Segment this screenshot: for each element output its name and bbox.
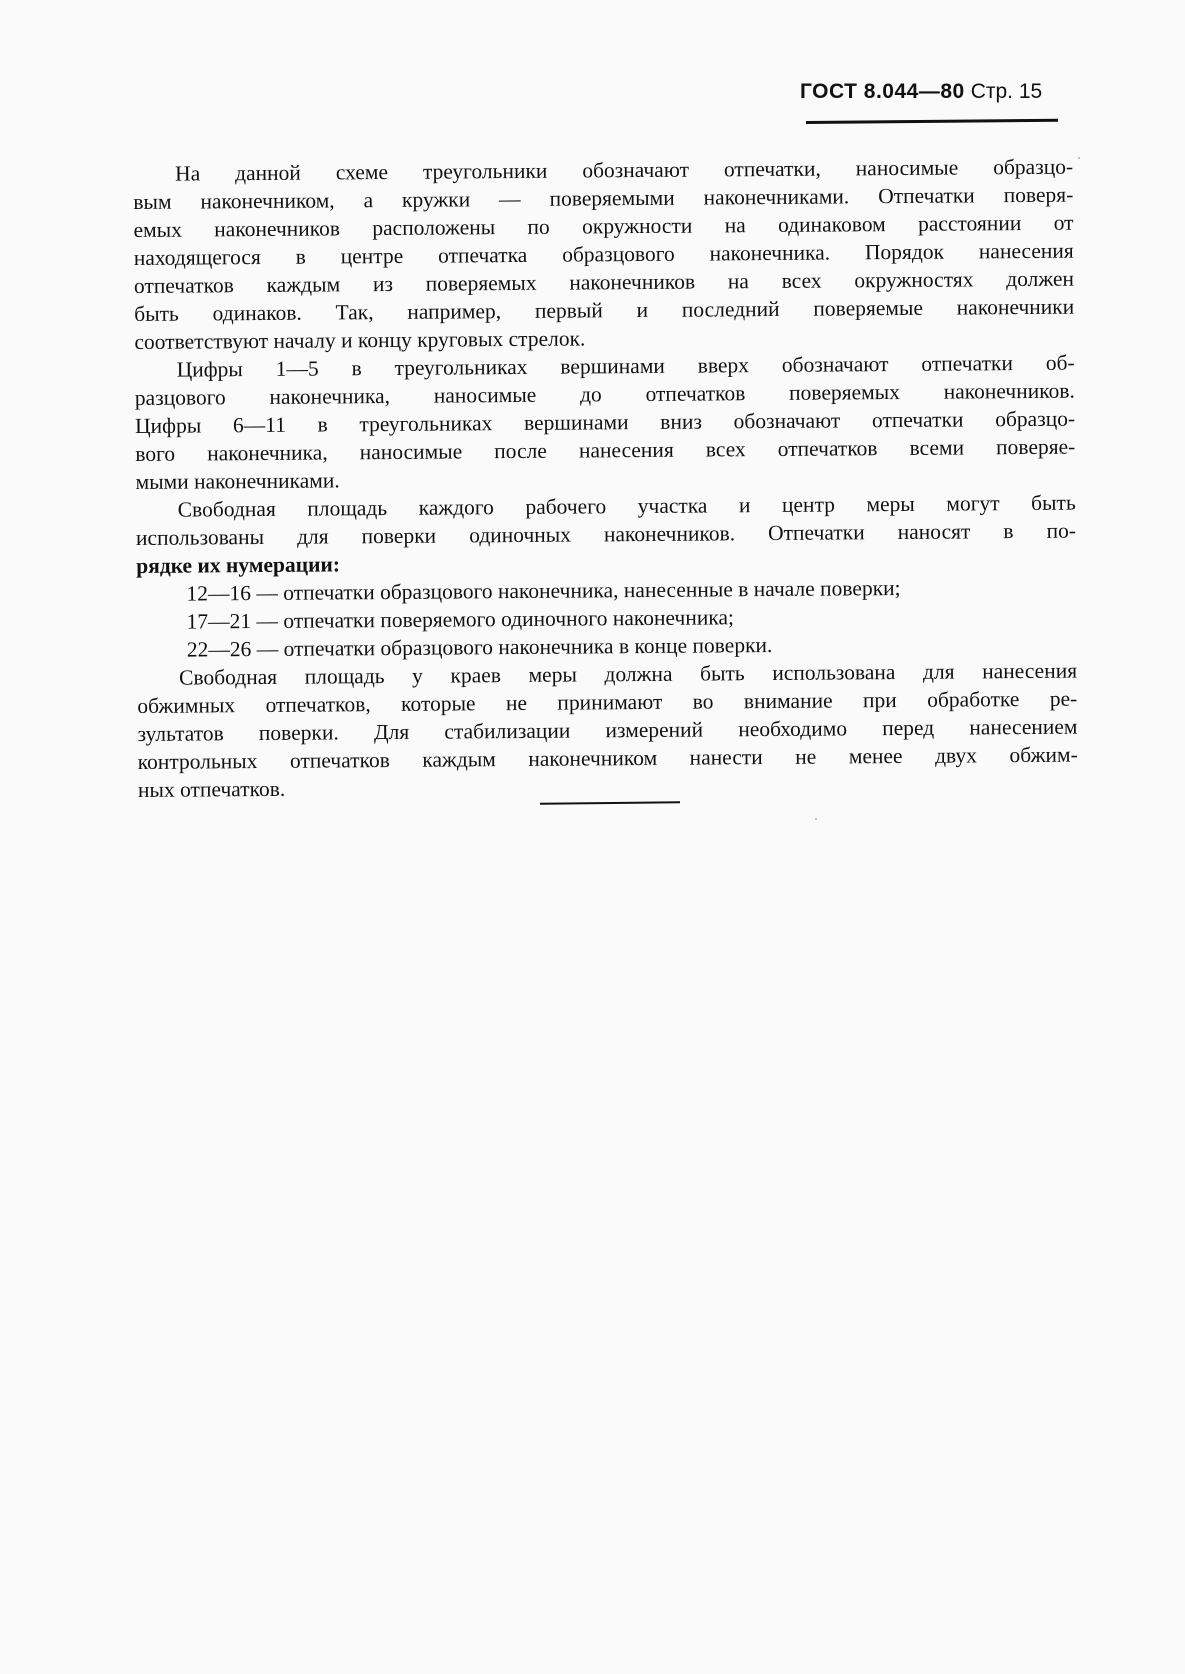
paragraph-digits: Цифры 1—5 в треугольниках вершинами ввер… xyxy=(135,349,1076,496)
scan-speck xyxy=(1045,675,1047,677)
paragraph-free-area: Свободная площадь каждого рабочего участ… xyxy=(136,489,1077,580)
scan-speck xyxy=(615,733,617,735)
paragraph-crimp-prints: Свободная площадь у краев меры должна бы… xyxy=(137,657,1078,804)
scan-speck xyxy=(1078,157,1080,159)
end-rule xyxy=(540,801,680,804)
scan-speck xyxy=(815,818,817,820)
standard-code: ГОСТ 8.044—80 xyxy=(800,80,965,103)
page-number: Стр. 15 xyxy=(971,80,1043,103)
document-body: На данной схеме треугольники обозначают … xyxy=(133,153,1078,804)
header-rule xyxy=(806,119,1058,124)
paragraph-scheme-description: На данной схеме треугольники обозначают … xyxy=(133,153,1075,356)
text-line: ных отпечатков. xyxy=(138,769,1078,804)
numbering-list: 12—16 — отпечатки образцового наконечник… xyxy=(136,573,1077,664)
scan-speck xyxy=(1060,452,1062,454)
page-header: ГОСТ 8.044—80Стр. 15 xyxy=(800,80,1042,104)
